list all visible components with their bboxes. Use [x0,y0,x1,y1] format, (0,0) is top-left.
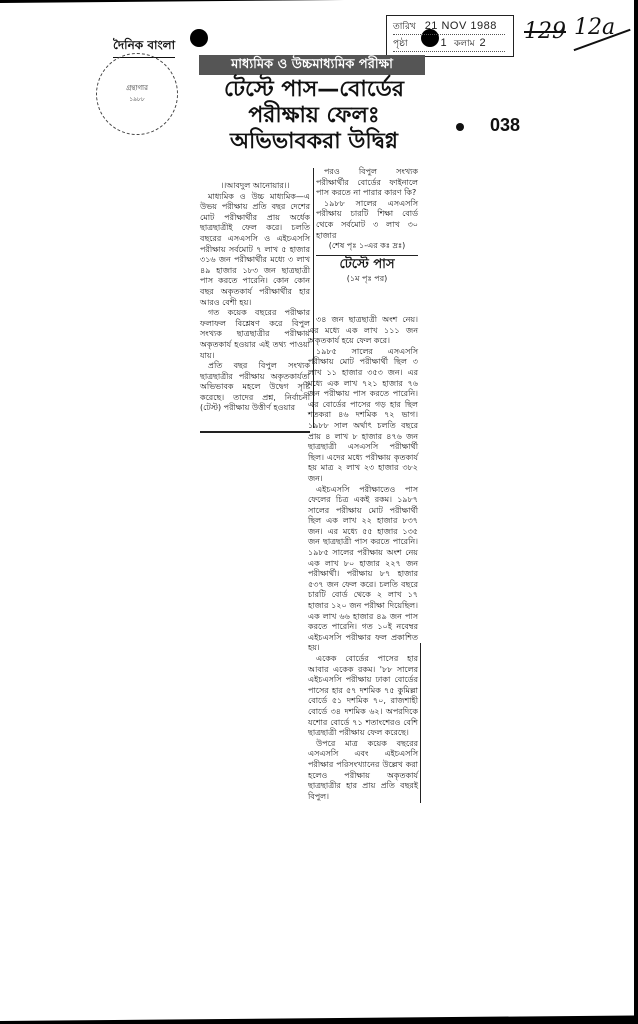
article-headline: টেস্টে পাস—বোর্ডের পরীক্ষায় ফেলঃ অভিভাব… [196,77,432,155]
ink-blot [456,123,464,131]
paragraph: গত কয়েক বছরের পরীক্ষার ফলাফল বিশ্লেষণ ক… [200,308,310,361]
paragraph: মাধ্যমিক ও উচ্চ মাধ্যমিক—এ উভয় পরীক্ষায… [200,192,310,309]
column-value: 2 [479,37,486,49]
headline-line: পরীক্ষায় ফেলঃ [196,103,432,129]
date-row: তারিখ 21 NOV 1988 [393,19,505,35]
paragraph: উপরে মাত্র কয়েক বছরের এসএসসি এবং এইচএসস… [308,739,418,803]
paragraph: ৩৪ জন ছাত্রছাত্রী অংশ নেয়। এর মধ্যে এক … [308,315,418,347]
archive-number: 038 [490,115,520,136]
date-stamp-box: তারিখ 21 NOV 1988 পৃষ্ঠা 1 কলাম 2 [386,15,514,57]
bottom-rule [200,431,310,433]
paragraph: প্রতি বছর বিপুল সংখ্যক ছাত্রছাত্রীর পরীক… [200,361,310,414]
date-label: তারিখ [393,22,416,32]
punch-hole-left [190,29,208,47]
article-column-1: ।।আবদুল আনোয়ার।। মাধ্যমিক ও উচ্চ মাধ্যম… [200,181,310,414]
article-column-2: পরও বিপুল সংখ্যক পরীক্ষার্থীর বোর্ডের ফা… [316,167,418,285]
continuation-title: টেস্টে পাস [316,256,418,274]
stamp-subtext: ১৯৮৮ [97,94,177,105]
article-kicker: মাধ্যমিক ও উচ্চমাধ্যমিক পরীক্ষা [199,55,425,75]
paragraph: ১৯৮৫ সালের এসএসসি পরীক্ষায় মোট পরীক্ষার… [308,347,418,485]
handwritten-struck-number: 129 [524,19,566,44]
paragraph: পরও বিপুল সংখ্যক পরীক্ষার্থীর বোর্ডের ফা… [316,167,418,199]
continued-note: (শেষ পৃঃ ১-এর কঃ দ্রঃ) [316,241,418,252]
column-label: কলাম [454,39,475,49]
article-column-3: ৩৪ জন ছাত্রছাত্রী অংশ নেয়। এর মধ্যে এক … [308,315,418,802]
scanned-page: দৈনিক বাংলা গ্রন্থাগার ১৯৮৮ তারিখ 21 NOV… [0,0,634,1021]
clip-edge-rule [420,643,421,803]
page-label: পৃষ্ঠা [393,39,408,49]
paragraph: একেক বোর্ডের পাসের হার আবার একেক রকম। '৮… [308,654,418,739]
continuation-from: (১ম পৃঃ পর) [316,274,418,285]
stamp-text: গ্রন্থাগার [97,82,177,94]
page-column-row: পৃষ্ঠা 1 কলাম 2 [393,36,505,52]
byline: ।।আবদুল আনোয়ার।। [200,181,310,192]
paragraph: এইচএসসি পরীক্ষাতেও পাস ফেলের চিত্র একই র… [308,485,418,655]
section-rule [316,255,418,257]
paragraph: ১৯৮৮ সালের এসএসসি পরীক্ষায় চারটি শিক্ষা… [316,199,418,241]
date-value: 21 NOV 1988 [425,20,497,32]
library-stamp: গ্রন্থাগার ১৯৮৮ [96,53,178,135]
headline-line: টেস্টে পাস—বোর্ডের [196,77,432,103]
headline-line: অভিভাবকরা উদ্বিগ্ন [196,129,432,155]
page-value: 1 [440,37,447,49]
